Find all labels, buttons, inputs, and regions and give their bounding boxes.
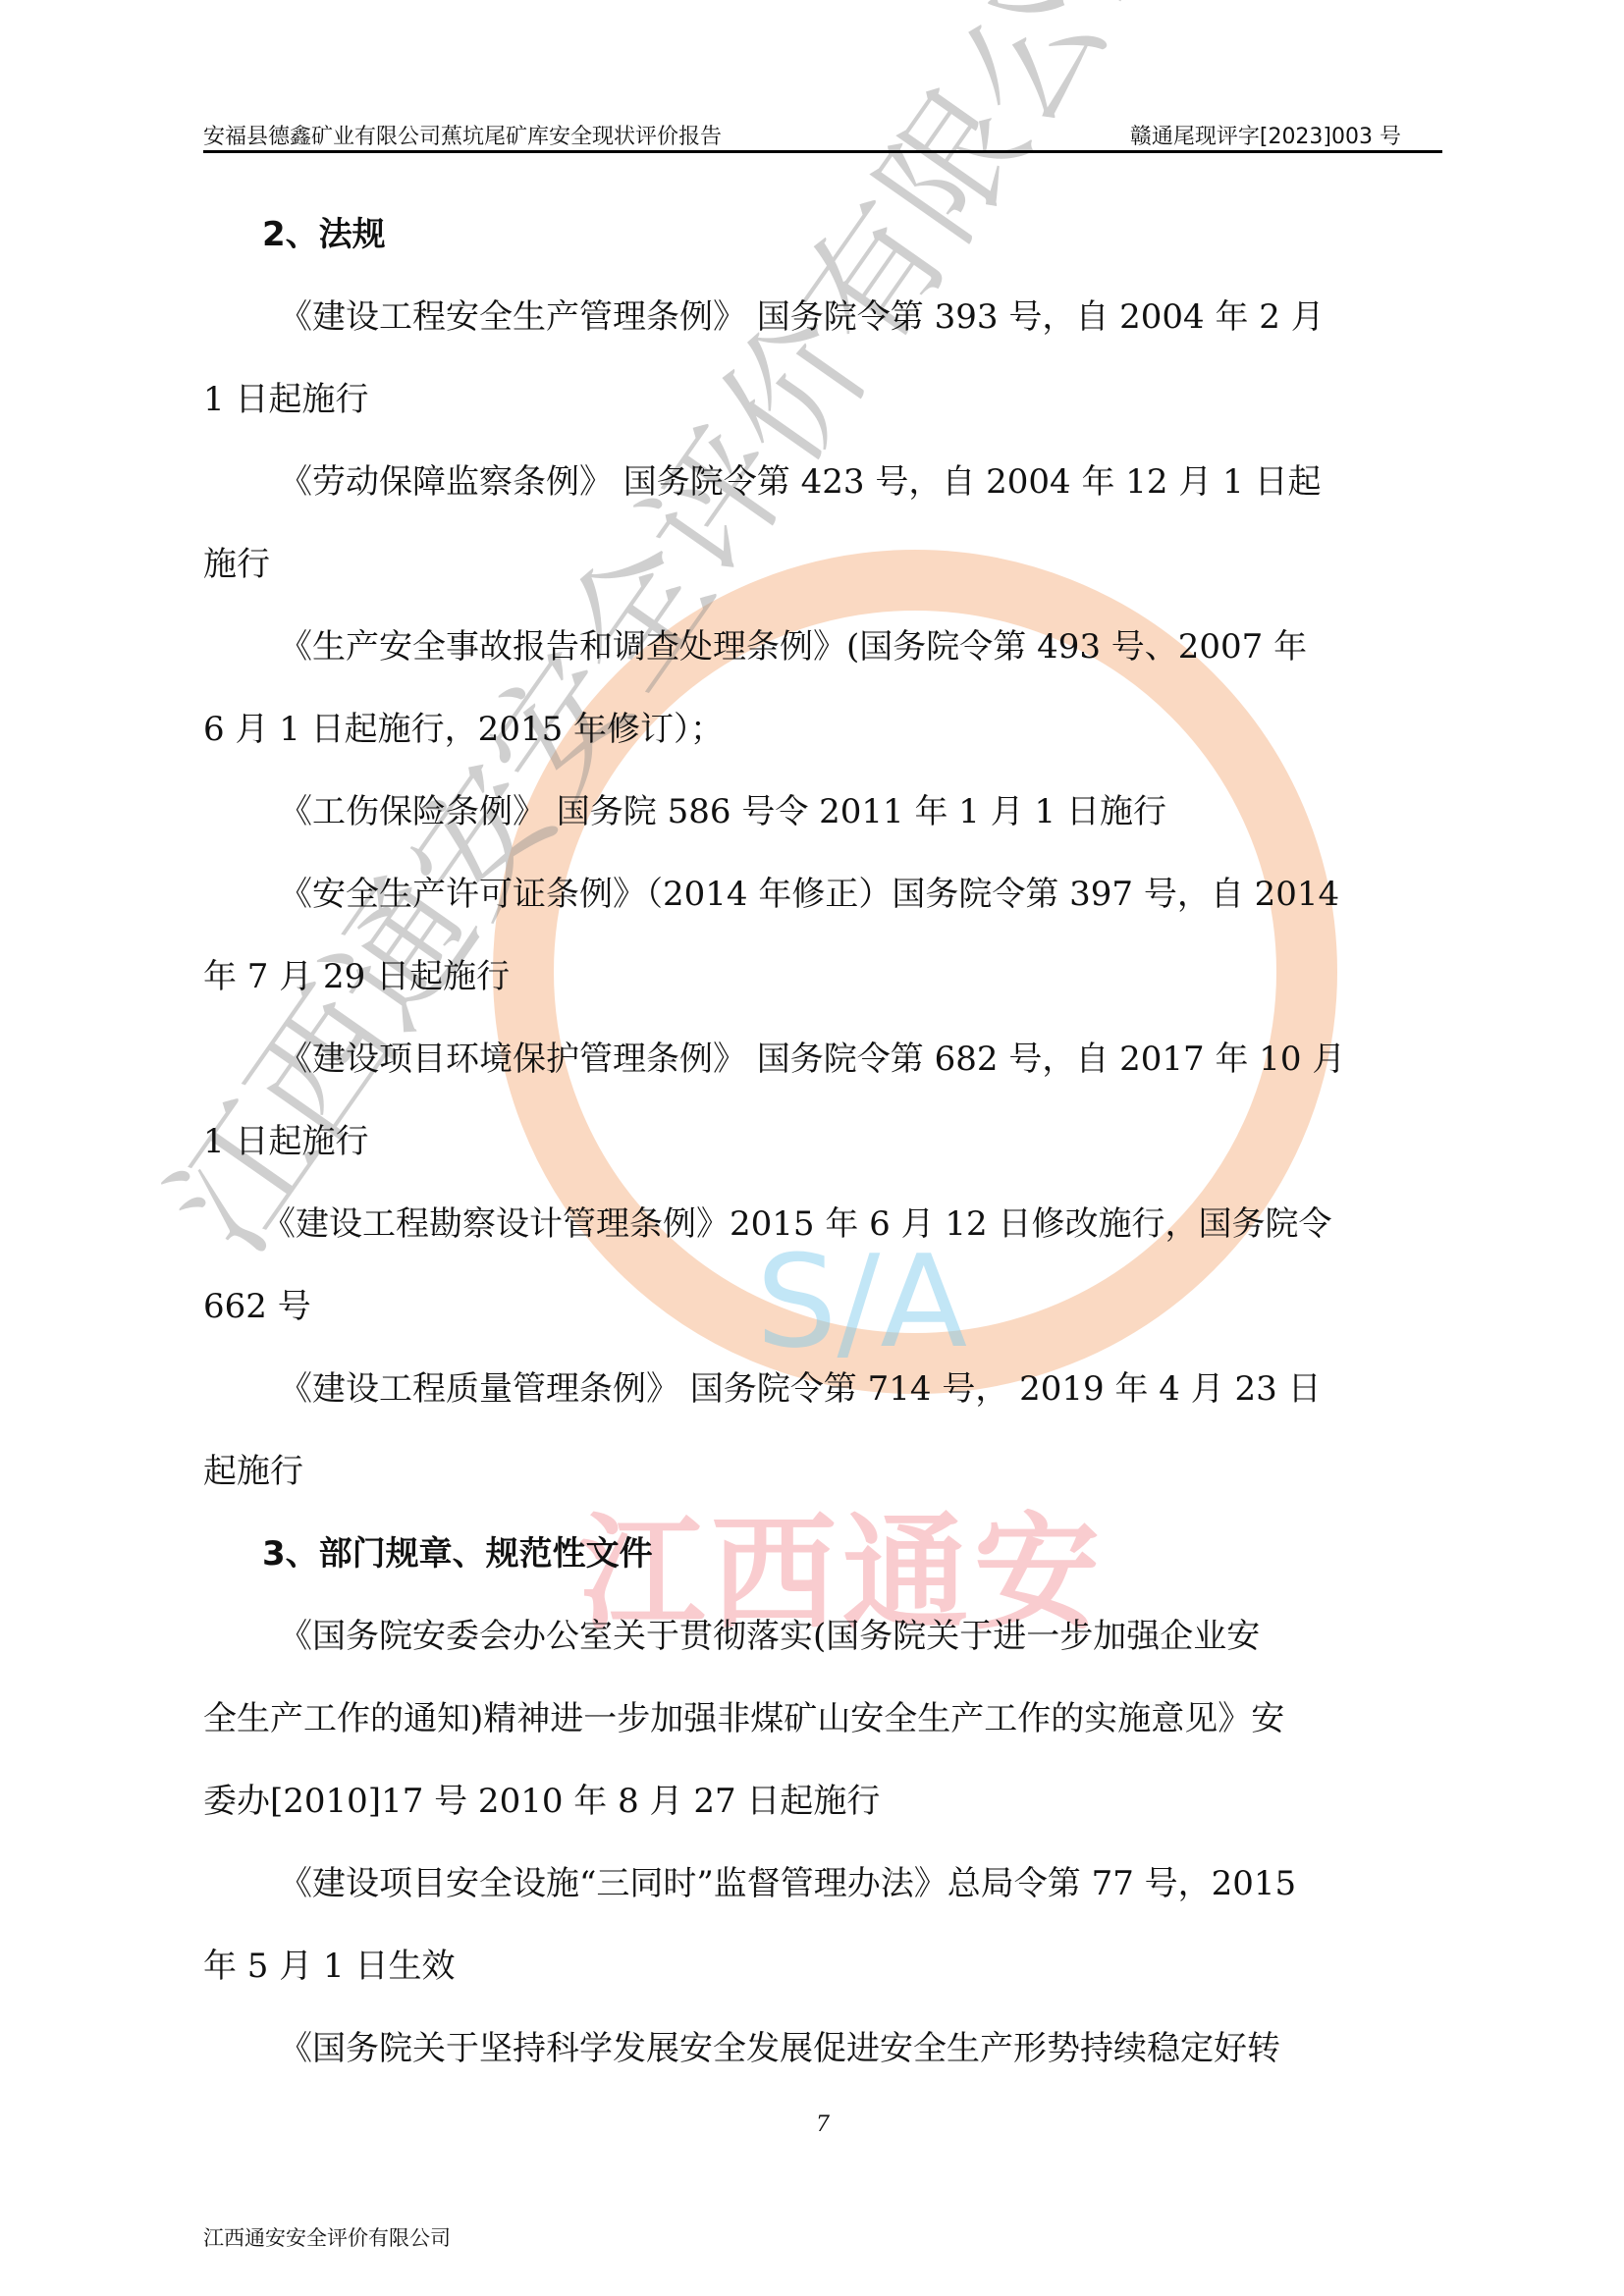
text-line: 《国务院关于坚持科学发展安全发展促进安全生产形势持续稳定好转 xyxy=(279,2028,1280,2069)
text-line: 《工伤保险条例》 国务院 586 号令 2011 年 1 月 1 日施行 xyxy=(279,791,1166,832)
text-line: 《建设工程质量管理条例》 国务院令第 714 号， 2019 年 4 月 23 … xyxy=(279,1368,1322,1410)
text-line: 《建设工程勘察设计管理条例》2015 年 6 月 12 日修改施行，国务院令 xyxy=(262,1203,1331,1245)
text-line: 《建设工程安全生产管理条例》 国务院令第 393 号，自 2004 年 2 月 xyxy=(279,296,1325,338)
text-line: 《建设项目安全设施“三同时”监督管理办法》总局令第 77 号，2015 xyxy=(279,1863,1296,1904)
text-line: 委办[2010]17 号 2010 年 8 月 27 日起施行 xyxy=(203,1781,880,1822)
text-line: 《建设项目环境保护管理条例》 国务院令第 682 号，自 2017 年 10 月 xyxy=(279,1039,1345,1080)
text-line: 全生产工作的通知)精神进一步加强非煤矿山安全生产工作的实施意见》安 xyxy=(203,1698,1284,1739)
section-heading: 2、法规 xyxy=(262,214,386,255)
footer-company: 江西通安安全评价有限公司 xyxy=(203,2222,451,2252)
report-title: 安福县德鑫矿业有限公司蕉坑尾矿库安全现状评价报告 xyxy=(203,120,722,150)
page-number: 7 xyxy=(816,2112,830,2137)
text-line: 662 号 xyxy=(203,1286,311,1327)
text-line: 《安全生产许可证条例》（2014 年修正）国务院令第 397 号，自 2014 xyxy=(279,874,1339,915)
text-line: 1 日起施行 xyxy=(203,1121,368,1162)
text-line: 年 5 月 1 日生效 xyxy=(203,1946,456,1987)
text-line: 起施行 xyxy=(203,1451,303,1492)
header-divider xyxy=(203,150,1442,153)
section-heading: 3、部门规章、规范性文件 xyxy=(262,1533,653,1575)
text-line: 1 日起施行 xyxy=(203,379,368,420)
page-header: 安福县德鑫矿业有限公司蕉坑尾矿库安全现状评价报告 赣通尾现评字[2023]003… xyxy=(203,116,1440,151)
watermark-logo-circle xyxy=(493,550,1337,1394)
text-line: 施行 xyxy=(203,544,270,585)
text-line: 年 7 月 29 日起施行 xyxy=(203,956,510,997)
text-line: 《生产安全事故报告和调查处理条例》(国务院令第 493 号、2007 年 xyxy=(279,626,1307,667)
text-line: 6 月 1 日起施行，2015 年修订）； xyxy=(203,709,724,750)
text-line: 《劳动保障监察条例》 国务院令第 423 号，自 2004 年 12 月 1 日… xyxy=(279,461,1322,503)
text-line: 《国务院安委会办公室关于贯彻落实(国务院关于进一步加强企业安 xyxy=(279,1616,1260,1657)
document-number: 赣通尾现评字[2023]003 号 xyxy=(1130,120,1401,150)
watermark-logo-letters: S/A xyxy=(756,1227,967,1376)
